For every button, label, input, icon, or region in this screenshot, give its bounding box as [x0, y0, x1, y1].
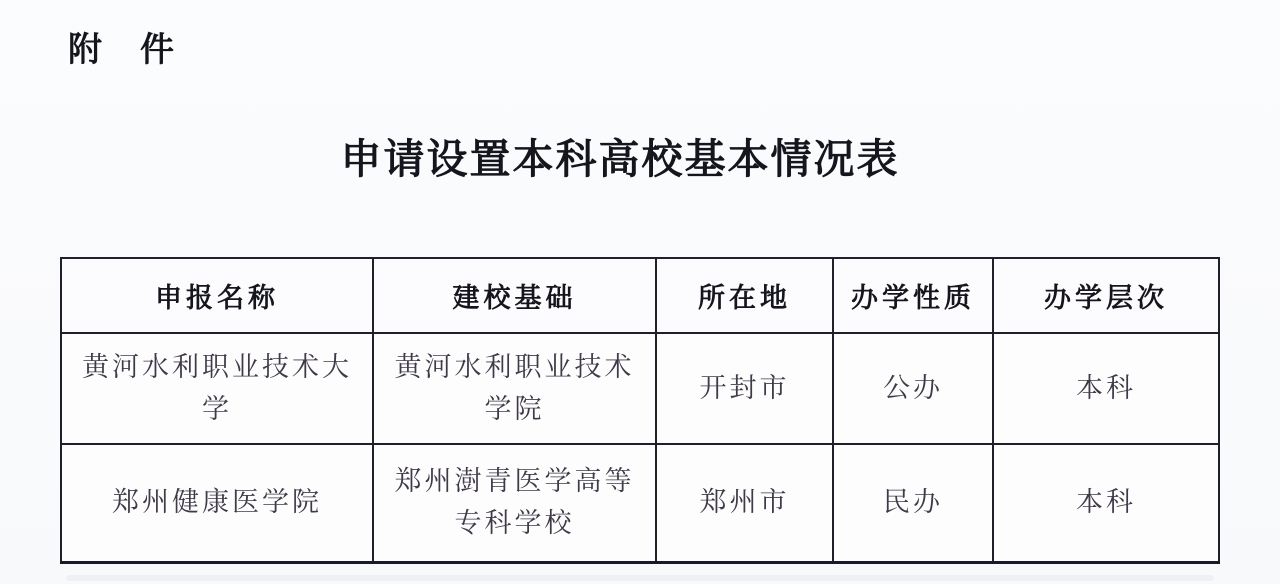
cell-founding-basis: 黄河水利职业技术学院: [373, 333, 656, 444]
cell-school-nature: 民办: [833, 444, 993, 562]
cell-location: 开封市: [656, 333, 833, 444]
cell-application-name: 黄河水利职业技术大学: [61, 333, 373, 444]
universities-table: 申报名称 建校基础 所在地 办学性质 办学层次 黄河水利职业技术大学 黄河水利职…: [60, 257, 1220, 564]
page-title: 申请设置本科高校基本情况表: [0, 126, 1240, 185]
header-founding-basis: 建校基础: [373, 258, 656, 333]
cell-founding-basis: 郑州澍青医学高等专科学校: [373, 444, 656, 562]
header-application-name: 申报名称: [61, 258, 373, 333]
attachment-label: 附 件: [68, 22, 176, 71]
bottom-shadow-bar: [66, 575, 1214, 581]
header-education-level: 办学层次: [993, 258, 1219, 333]
table-row: 郑州健康医学院 郑州澍青医学高等专科学校 郑州市 民办 本科: [61, 444, 1219, 562]
cell-education-level: 本科: [993, 444, 1219, 562]
cell-school-nature: 公办: [833, 333, 993, 444]
document-page: 附 件 申请设置本科高校基本情况表 申报名称 建校基础 所在地 办学性质 办学层…: [0, 0, 1280, 584]
table-row: 黄河水利职业技术大学 黄河水利职业技术学院 开封市 公办 本科: [61, 333, 1219, 444]
cell-location: 郑州市: [656, 444, 833, 562]
cell-application-name: 郑州健康医学院: [61, 444, 373, 562]
table-header-row: 申报名称 建校基础 所在地 办学性质 办学层次: [61, 258, 1219, 333]
header-school-nature: 办学性质: [833, 258, 993, 333]
header-location: 所在地: [656, 258, 833, 333]
cell-education-level: 本科: [993, 333, 1219, 444]
